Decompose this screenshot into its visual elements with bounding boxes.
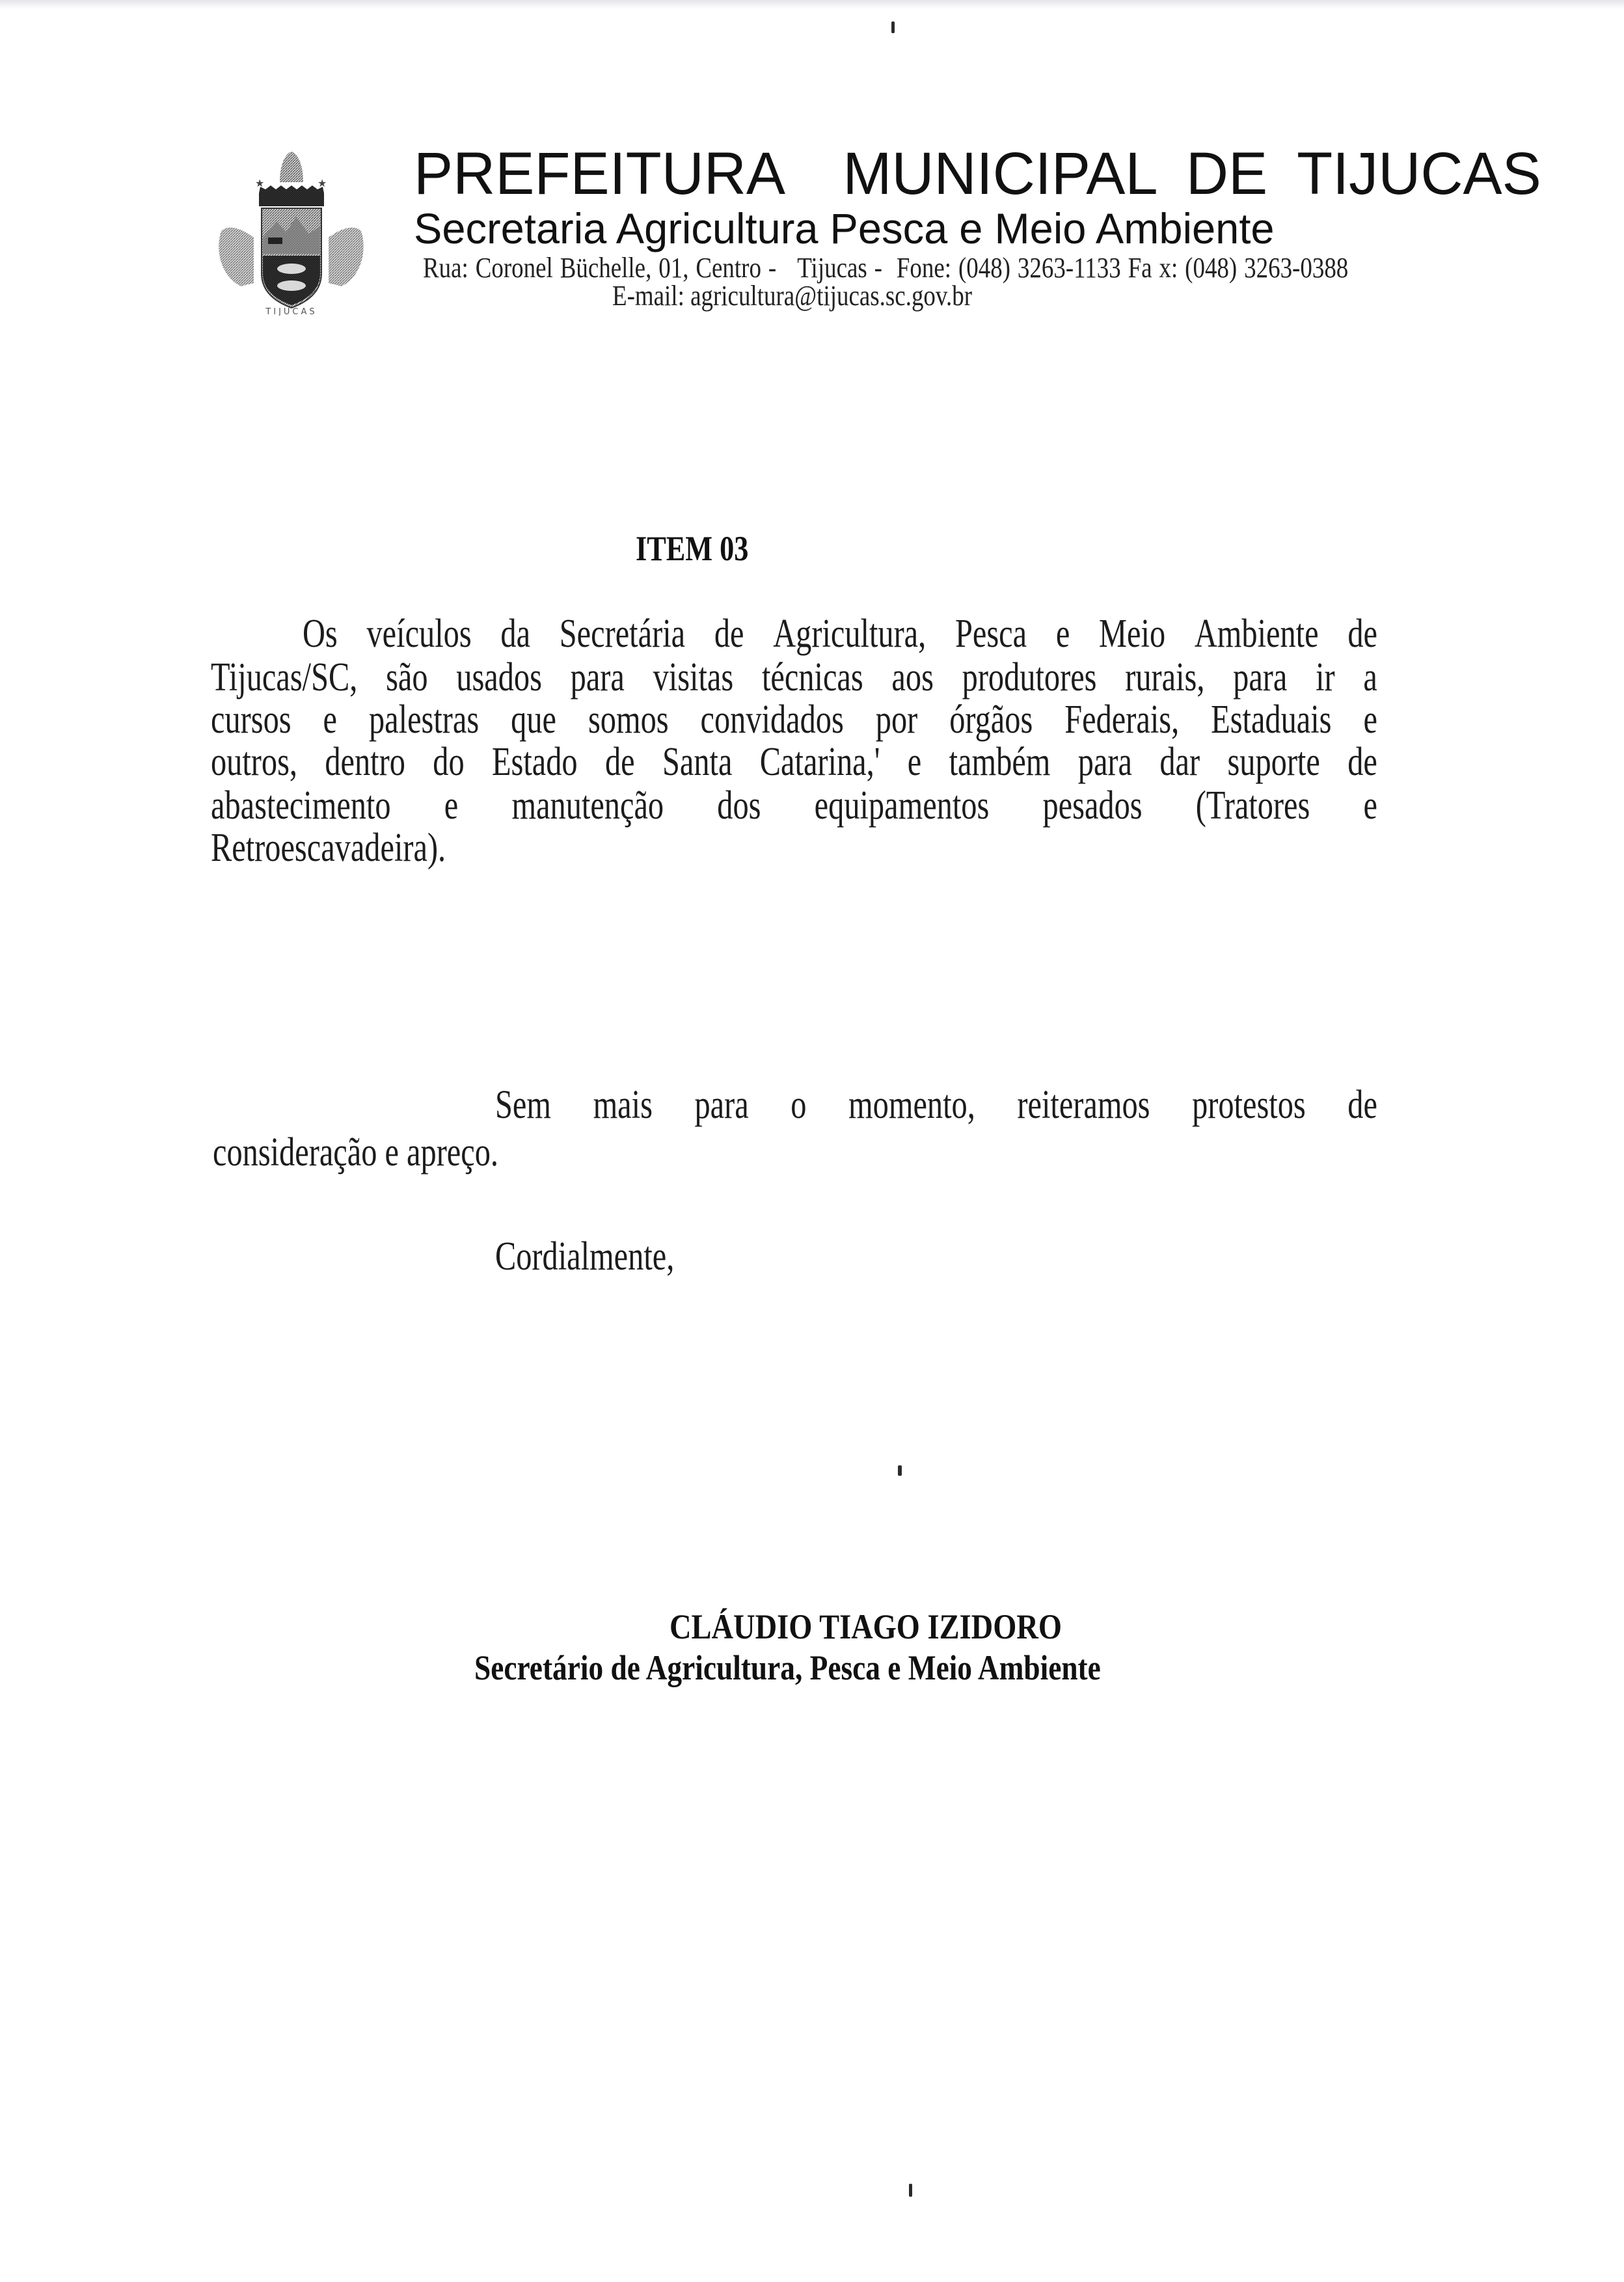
paragraph-line: Retroescavadeira). [211,828,446,868]
word: órgãos [949,700,1033,740]
word: e [1363,700,1377,740]
word: Estaduais [1211,700,1331,740]
word: Pesca [955,614,1027,654]
word: e [444,785,458,826]
paragraph-line: Tijucas/SC,sãousadosparavisitastécnicasa… [211,657,1377,698]
word: abastecimento [211,785,391,826]
paragraph-line: cursosepalestrasquesomosconvidadosporórg… [211,700,1377,740]
paragraph-line: outros,dentrodoEstadodeSantaCatarina,'et… [211,742,1377,782]
word: de [1347,1085,1377,1125]
letterhead-subtitle: Secretaria Agricultura Pesca e Meio Ambi… [414,207,1275,250]
word: manutenção [511,785,664,826]
word: mais [593,1085,653,1125]
word: Estado [492,742,578,782]
paragraph-line: OsveículosdaSecretáriadeAgricultura,Pesc… [303,614,1377,654]
word: equipamentos [815,785,990,826]
closing-line: consideração e apreço. [213,1132,498,1173]
coat-of-arms-icon: ★ ★ TIJUCAS [215,146,368,316]
word: dentro [325,742,405,782]
word: rurais, [1125,657,1204,698]
word: momento, [848,1085,975,1125]
word: Federais, [1064,700,1179,740]
word: cursos [211,700,291,740]
word: são [386,657,427,698]
word: de [714,614,744,654]
word: Santa [662,742,732,782]
word: da [500,614,530,654]
word: e [323,700,337,740]
word: Sem [495,1085,551,1125]
word: pesados [1042,785,1142,826]
word: de [605,742,635,782]
word: de [1347,614,1377,654]
word: e [908,742,921,782]
word: por [876,700,917,740]
scan-speck [898,1465,902,1476]
word: produtores [962,657,1097,698]
word: técnicas [762,657,863,698]
word: veículos [366,614,471,654]
word: (Tratores [1196,785,1310,826]
word: convidados [701,700,844,740]
word: para [1233,657,1287,698]
word: para [694,1085,748,1125]
word: Secretária [560,614,685,654]
word: ir [1316,657,1335,698]
scan-speck [909,2184,912,2197]
scan-edge-streak [0,0,1624,9]
word: dar [1159,742,1200,782]
word: usados [456,657,542,698]
word: para [571,657,625,698]
letterhead-title: PREFEITURA MUNICIPAL DE TIJUCAS [414,144,1541,204]
word: aos [891,657,933,698]
word: e [1364,785,1377,826]
scan-speck [891,21,895,33]
word: suporte [1227,742,1319,782]
word: do [433,742,464,782]
word: reiteramos [1017,1085,1150,1125]
word: visitas [653,657,734,698]
word: outros, [211,742,297,782]
word: Catarina,' [760,742,880,782]
svg-text:TIJUCAS: TIJUCAS [265,307,317,316]
word: que [511,700,556,740]
word: e [1056,614,1070,654]
word: Tijucas/SC, [211,657,357,698]
word: para [1078,742,1132,782]
word: protestos [1192,1085,1306,1125]
word: a [1363,657,1377,698]
word: somos [588,700,669,740]
word: de [1347,742,1377,782]
word: também [949,742,1051,782]
signer-name: CLÁUDIO TIAGO IZIDORO [670,1609,1062,1644]
document-heading: ITEM 03 [636,531,748,566]
word: o [791,1085,806,1125]
closing-line: Semmaisparaomomento,reiteramosprotestosd… [495,1085,1377,1125]
svg-text:★: ★ [255,177,264,189]
word: Os [303,614,338,654]
word: Ambiente [1195,614,1319,654]
word: palestras [369,700,479,740]
paragraph-line: abastecimentoemanutençãodosequipamentosp… [211,785,1377,826]
word: dos [717,785,761,826]
word: Agricultura, [773,614,926,654]
letterhead-address: Rua: Coronel Büchelle, 01, Centro - Tiju… [423,254,1348,282]
letterhead-email: E-mail: agricultura@tijucas.sc.gov.br [612,282,972,310]
word: Meio [1099,614,1165,654]
signer-role: Secretário de Agricultura, Pesca e Meio … [474,1650,1101,1685]
salutation: Cordialmente, [495,1236,674,1277]
